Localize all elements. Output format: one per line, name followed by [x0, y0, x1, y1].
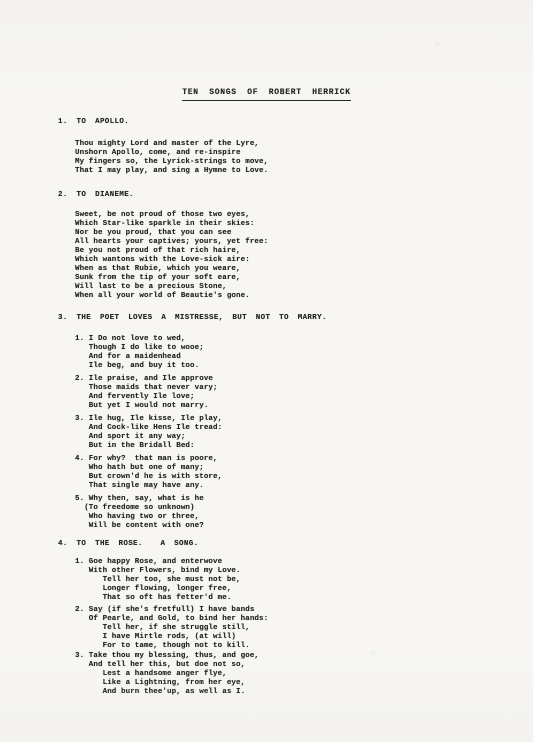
stanza: 2. Ile praise, and Ile approve Those mai…: [75, 375, 533, 411]
poem-line: 5. Why then, say, what is he: [75, 495, 533, 504]
poem-line: Unshorn Apollo, come, and re-inspire: [75, 149, 533, 158]
stanza: Sweet, be not proud of those two eyes,Wh…: [75, 211, 533, 301]
poem-line: 1. Goe happy Rose, and enterwove: [75, 558, 533, 567]
poem-line: 2. Ile praise, and Ile approve: [75, 375, 533, 384]
poem-body: 1. Goe happy Rose, and enterwove With ot…: [75, 558, 533, 697]
stanza: 1. I Do not love to wed, Though I do lik…: [75, 335, 533, 371]
poem-line: And fervently Ile love;: [75, 393, 533, 402]
poem-body: Thou mighty Lord and master of the Lyre,…: [75, 140, 533, 176]
poem-line: Tell her too, she must not be,: [75, 576, 533, 585]
poem-section: 3. THE POET LOVES A MISTRESSE, BUT NOT T…: [0, 314, 533, 531]
poem-line: That single may have any.: [75, 482, 533, 491]
poem-line: And tell her this, but doe not so,: [75, 661, 533, 670]
poem-line: Tell her, if she struggle still,: [75, 624, 533, 633]
stanza: Thou mighty Lord and master of the Lyre,…: [75, 140, 533, 176]
stanza: 4. For why? that man is poore, Who hath …: [75, 455, 533, 491]
poem-line: Though I do like to wooe;: [75, 344, 533, 353]
section-header: 3. THE POET LOVES A MISTRESSE, BUT NOT T…: [58, 314, 533, 323]
poem-line: And burn thee'up, as well as I.: [75, 688, 533, 697]
poem-sections-container: 1. TO APOLLO.Thou mighty Lord and master…: [0, 118, 533, 697]
poem-section: 1. TO APOLLO.Thou mighty Lord and master…: [0, 118, 533, 176]
poem-line: And Cock-like Hens Ile tread:: [75, 424, 533, 433]
poem-line: But in the Bridall Bed:: [75, 442, 533, 451]
poem-line: My fingers so, the Lyrick-strings to mov…: [75, 158, 533, 167]
section-header: 1. TO APOLLO.: [58, 118, 533, 127]
typewritten-document-page: TEN SONGS OF ROBERT HERRICK 1. TO APOLLO…: [0, 0, 533, 742]
poem-line: 2. Say (if she's fretfull) I have bands: [75, 606, 533, 615]
poem-line: Like a Lightning, from her eye,: [75, 679, 533, 688]
section-header: 4. TO THE ROSE. A SONG.: [58, 540, 533, 549]
poem-body: 1. I Do not love to wed, Though I do lik…: [75, 335, 533, 531]
stanza: 2. Say (if she's fretfull) I have bands …: [75, 606, 533, 651]
title-row: TEN SONGS OF ROBERT HERRICK: [0, 0, 533, 101]
poem-line: Ile beg, and buy it too.: [75, 362, 533, 371]
page-title: TEN SONGS OF ROBERT HERRICK: [182, 88, 351, 101]
poem-line: Will last to be a precious Stone,: [75, 283, 533, 292]
poem-line: Sunk from the tip of your soft eare,: [75, 274, 533, 283]
poem-line: When all your world of Beautie's gone.: [75, 292, 533, 301]
poem-line: 4. For why? that man is poore,: [75, 455, 533, 464]
poem-line: Longer flowing, longer free,: [75, 585, 533, 594]
poem-section: 4. TO THE ROSE. A SONG.1. Goe happy Rose…: [0, 540, 533, 697]
poem-line: 3. Take thou my blessing, thus, and goe,: [75, 652, 533, 661]
poem-line: For to tame, though not to kill.: [75, 642, 533, 651]
poem-line: That I may play, and sing a Hymne to Lov…: [75, 167, 533, 176]
poem-line: (To freedome so unknown): [75, 504, 533, 513]
poem-line: Be you not proud of that rich haire,: [75, 247, 533, 256]
poem-line: Who having two or three,: [75, 513, 533, 522]
poem-line: I have Mirtle rods, (at will): [75, 633, 533, 642]
poem-line: And sport it any way;: [75, 433, 533, 442]
poem-line: Nor be you proud, that you can see: [75, 229, 533, 238]
poem-line: Who hath but one of many;: [75, 464, 533, 473]
stanza: 5. Why then, say, what is he (To freedom…: [75, 495, 533, 531]
poem-line: But crown'd he is with store,: [75, 473, 533, 482]
poem-line: All hearts your captives; yours, yet fre…: [75, 238, 533, 247]
poem-line: Of Pearle, and Gold, to bind her hands:: [75, 615, 533, 624]
poem-line: But yet I would not marry.: [75, 402, 533, 411]
poem-line: Which wantons with the Love-sick aire:: [75, 256, 533, 265]
poem-line: Those maids that never vary;: [75, 384, 533, 393]
poem-body: Sweet, be not proud of those two eyes,Wh…: [75, 211, 533, 301]
section-header: 2. TO DIANEME.: [58, 191, 533, 200]
poem-line: Which Star-like sparkle in their skies:: [75, 220, 533, 229]
poem-line: 1. I Do not love to wed,: [75, 335, 533, 344]
poem-line: Lest a handsome anger flye,: [75, 670, 533, 679]
poem-line: 3. Ile hug, Ile kisse, Ile play,: [75, 415, 533, 424]
stanza: 3. Take thou my blessing, thus, and goe,…: [75, 652, 533, 697]
poem-line: That so oft has fetter'd me.: [75, 594, 533, 603]
stanza: 1. Goe happy Rose, and enterwove With ot…: [75, 558, 533, 603]
poem-line: Thou mighty Lord and master of the Lyre,: [75, 140, 533, 149]
poem-line: Sweet, be not proud of those two eyes,: [75, 211, 533, 220]
stanza: 3. Ile hug, Ile kisse, Ile play, And Coc…: [75, 415, 533, 451]
poem-line: With other Flowers, bind my Love.: [75, 567, 533, 576]
poem-section: 2. TO DIANEME.Sweet, be not proud of tho…: [0, 191, 533, 301]
poem-line: When as that Rubie, which you weare,: [75, 265, 533, 274]
poem-line: Will be content with one?: [75, 522, 533, 531]
poem-line: And for a maidenhead: [75, 353, 533, 362]
